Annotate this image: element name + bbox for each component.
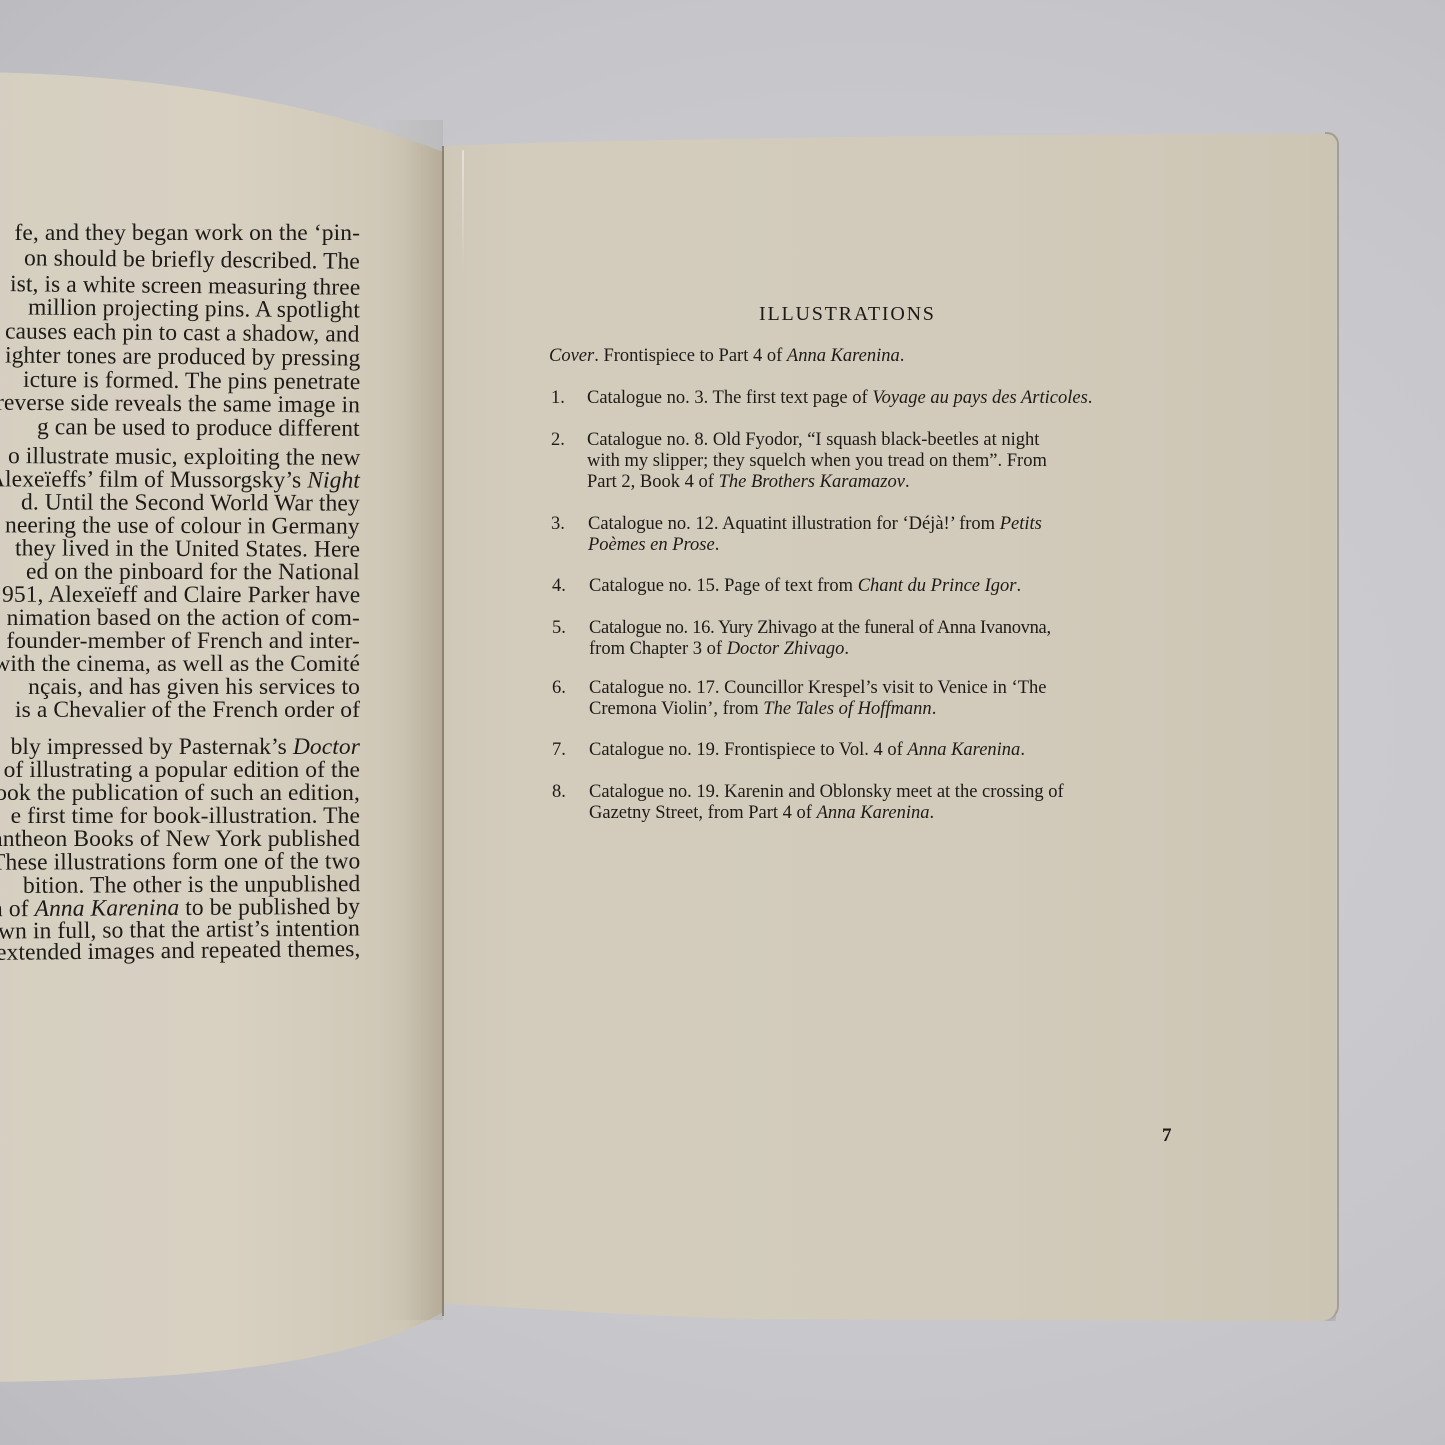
item-number: 4.	[552, 577, 566, 596]
item-number: 7.	[552, 741, 566, 760]
illustrations-heading: ILLUSTRATIONS	[759, 303, 936, 326]
text-line: extended images and repeated themes,	[0, 938, 360, 965]
text-line: g can be used to produce different	[37, 416, 360, 441]
item-line: Catalogue no. 17. Councillor Krespel’s v…	[589, 679, 1046, 698]
photo-scene: fe, and they began work on the ‘pin- on …	[0, 0, 1445, 1445]
item-number: 3.	[551, 515, 565, 534]
page-stack-edge	[1325, 132, 1339, 1320]
text-line: bly impressed by Pasternak’s Doctor	[11, 736, 360, 760]
item-line: Catalogue no. 19. Karenin and Oblonsky m…	[589, 783, 1064, 802]
item-line: Part 2, Book 4 of The Brothers Karamazov…	[587, 473, 910, 492]
paper-crease	[462, 150, 464, 270]
item-line: Catalogue no. 12. Aquatint illustration …	[588, 515, 1042, 534]
item-line: Catalogue no. 3. The first text page of …	[587, 389, 1092, 408]
text-line: with the cinema, as well as the Comité	[0, 653, 360, 677]
item-line: Catalogue no. 16. Yury Zhivago at the fu…	[589, 619, 1051, 638]
item-line: from Chapter 3 of Doctor Zhivago.	[589, 640, 849, 659]
text-line: nimation based on the action of com-	[7, 607, 360, 631]
item-number: 2.	[551, 431, 565, 450]
text-line: fe, and they began work on the ‘pin-	[14, 222, 360, 246]
page-number: 7	[1162, 1125, 1172, 1147]
item-line: Cremona Violin’, from The Tales of Hoffm…	[589, 700, 936, 719]
text-line: of illustrating a popular edition of the	[4, 759, 360, 783]
item-number: 8.	[552, 783, 566, 802]
item-line: Poèmes en Prose.	[588, 536, 719, 555]
item-number: 1.	[551, 389, 565, 408]
item-line: Gazetny Street, from Part 4 of Anna Kare…	[589, 804, 934, 823]
text-line: founder-member of French and inter-	[6, 630, 360, 654]
item-line: Catalogue no. 19. Frontispiece to Vol. 4…	[589, 741, 1025, 760]
item-line: Catalogue no. 8. Old Fyodor, “I squash b…	[587, 431, 1039, 450]
item-number: 5.	[552, 619, 566, 638]
text-line: ook the publication of such an edition,	[0, 782, 360, 806]
cover-entry: Cover. Frontispiece to Part 4 of Anna Ka…	[549, 347, 904, 366]
item-line: Catalogue no. 15. Page of text from Chan…	[589, 577, 1021, 596]
gutter-shadow	[380, 120, 443, 1320]
text-line: is a Chevalier of the French order of	[15, 699, 360, 723]
text-line: e first time for book-illustration. The	[11, 805, 360, 829]
text-line: on should be briefly described. The	[24, 247, 360, 274]
text-line: nçais, and has given his services to	[28, 676, 360, 700]
item-number: 6.	[552, 679, 566, 698]
item-line: with my slipper; they squelch when you t…	[587, 452, 1047, 471]
book-gutter	[442, 146, 444, 1316]
